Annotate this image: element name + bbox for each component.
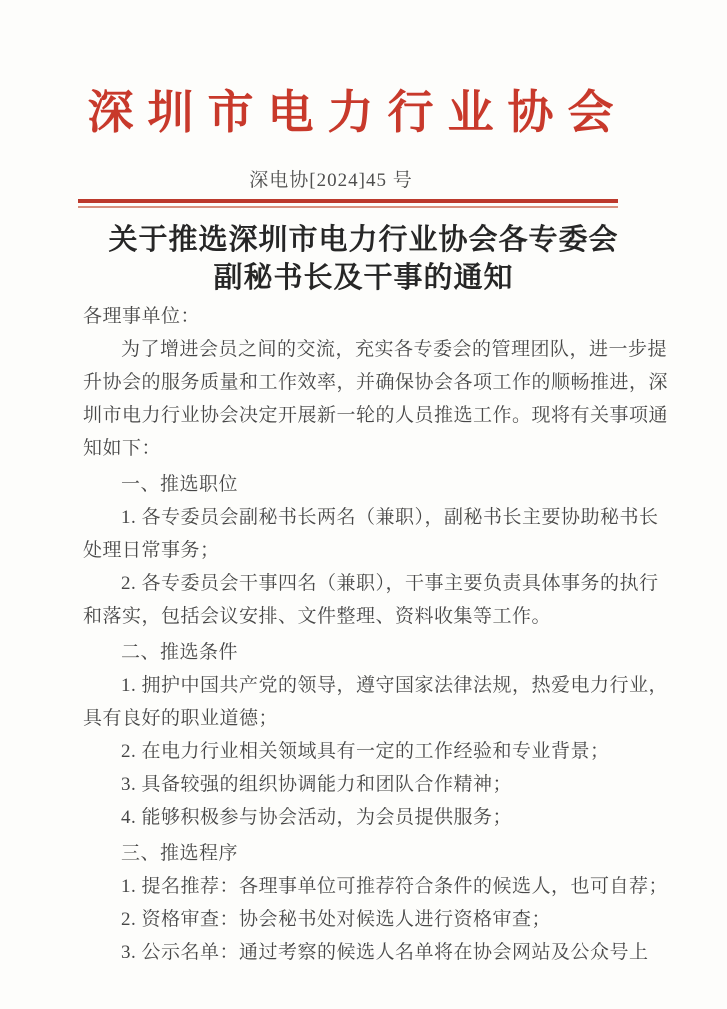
body-line: 升协会的服务质量和工作效率，并确保协会各项工作的顺畅推进，深: [83, 366, 663, 399]
notice-title-line-1: 关于推选深圳市电力行业协会各专委会: [0, 221, 727, 259]
body-line: 1. 各专委员会副秘书长两名（兼职），副秘书长主要协助秘书长: [83, 501, 663, 534]
body-line: 2. 资格审查：协会秘书处对候选人进行资格审查；: [83, 903, 663, 936]
document-number: 深电协[2024]45 号: [0, 165, 662, 192]
org-name-header: 深圳市电力行业协会: [0, 88, 715, 139]
body-line: 1. 拥护中国共产党的领导，遵守国家法律法规，热爱电力行业，: [83, 669, 663, 702]
body-line: 3. 公示名单：通过考察的候选人名单将在协会网站及公众号上: [83, 936, 663, 969]
body-line: 处理日常事务；: [83, 534, 663, 567]
notice-title-line-2: 副秘书长及干事的通知: [0, 259, 727, 297]
body-line: 一、推选职位: [83, 468, 663, 501]
header-divider-line: [78, 199, 618, 208]
body-line: 2. 在电力行业相关领域具有一定的工作经验和专业背景；: [83, 735, 663, 768]
body-line: 和落实，包括会议安排、文件整理、资料收集等工作。: [83, 600, 663, 633]
body-line: 三、推选程序: [83, 837, 663, 870]
body-line: 圳市电力行业协会决定开展新一轮的人员推选工作。现将有关事项通: [83, 399, 663, 432]
document-page: 深圳市电力行业协会 深电协[2024]45 号 关于推选深圳市电力行业协会各专委…: [0, 0, 727, 1009]
salutation: 各理事单位：: [83, 300, 663, 333]
notice-title: 关于推选深圳市电力行业协会各专委会 副秘书长及干事的通知: [0, 221, 727, 297]
body-line: 2. 各专委员会干事四名（兼职），干事主要负责具体事务的执行: [83, 567, 663, 600]
body-line: 4. 能够积极参与协会活动，为会员提供服务；: [83, 801, 663, 834]
body-line: 3. 具备较强的组织协调能力和团队合作精神；: [83, 768, 663, 801]
body-line: 1. 提名推荐：各理事单位可推荐符合条件的候选人，也可自荐；: [83, 870, 663, 903]
notice-body: 各理事单位： 为了增进会员之间的交流，充实各专委会的管理团队，进一步提升协会的服…: [83, 300, 663, 969]
body-line: 二、推选条件: [83, 636, 663, 669]
body-line: 具有良好的职业道德；: [83, 702, 663, 735]
body-line: 为了增进会员之间的交流，充实各专委会的管理团队，进一步提: [83, 333, 663, 366]
body-line: 知如下：: [83, 432, 663, 465]
body-lines: 为了增进会员之间的交流，充实各专委会的管理团队，进一步提升协会的服务质量和工作效…: [83, 333, 663, 969]
